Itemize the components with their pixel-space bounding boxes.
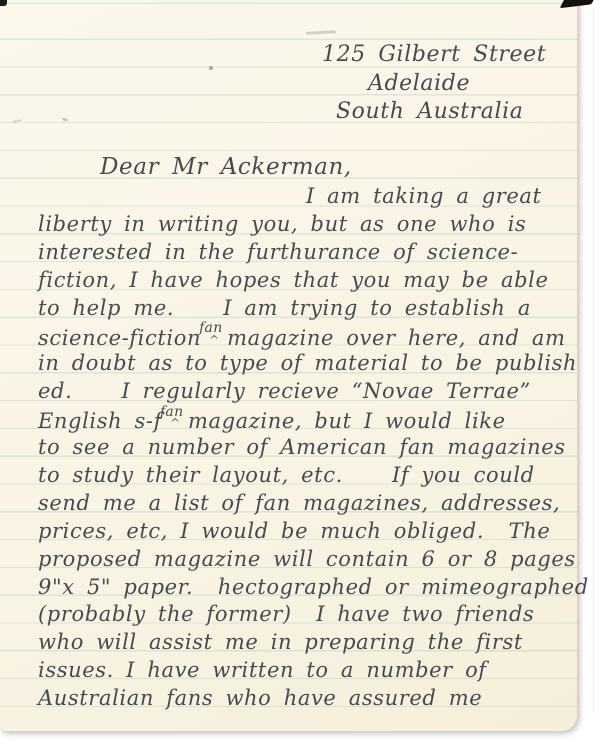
- body-line: who will assist me in preparing the firs…: [38, 630, 578, 658]
- body-line: Australian fans who have assured me: [38, 686, 578, 714]
- sender-address-line-2: Adelaide: [368, 71, 470, 96]
- body-line: interested in the furthurance of science…: [38, 240, 578, 268]
- body-line: fiction, I have hopes that you may be ab…: [38, 268, 578, 296]
- letter-body: liberty in writing you, but as one who i…: [38, 212, 578, 714]
- paper-speck: [209, 66, 213, 70]
- body-line: liberty in writing you, but as one who i…: [38, 212, 578, 240]
- scanner-streak: [593, 8, 594, 714]
- caret-mark: ^: [209, 333, 220, 347]
- inserted-word-fan: fan^: [162, 407, 188, 428]
- body-line: proposed magazine will contain 6 or 8 pa…: [38, 547, 578, 575]
- body-line: issues. I have written to a number of: [38, 658, 578, 686]
- inserted-word-fan: fan^: [201, 324, 227, 345]
- salutation: Dear Mr Ackerman,: [100, 154, 352, 180]
- body-line: to see a number of American fan magazine…: [38, 435, 578, 463]
- body-line-text: magazine, but I would like: [188, 409, 506, 433]
- body-line: (probably the former) I have two friends: [38, 602, 578, 630]
- body-line: to study their layout, etc. If you could: [38, 463, 578, 491]
- body-line-with-insert: English s-ffan^magazine, but I would lik…: [38, 407, 578, 435]
- body-line: prices, etc, I would be much obliged. Th…: [38, 519, 578, 547]
- body-line-with-insert: science-fictionfan^magazine over here, a…: [38, 324, 578, 352]
- body-line-text: magazine over here, and am: [227, 326, 565, 350]
- body-opening-line: I am taking a great: [306, 184, 542, 208]
- body-line: ed. I regularly recieve “Novae Terrae”: [38, 379, 578, 407]
- body-line-text: science-fiction: [38, 326, 201, 350]
- scan-artifact-top-right: [560, 0, 597, 8]
- scan-artifact-top-left: [0, 0, 7, 6]
- body-line-text: English s-f: [38, 409, 162, 433]
- caret-mark: ^: [170, 416, 181, 430]
- body-line: 9"x 5" paper. hectographed or mimeograph…: [38, 575, 578, 603]
- sender-address-line-1: 125 Gilbert Street: [322, 42, 546, 67]
- body-line: to help me. I am trying to establish a: [38, 296, 578, 324]
- body-line: send me a list of fan magazines, address…: [38, 491, 578, 519]
- body-line: in doubt as to type of material to be pu…: [38, 351, 578, 379]
- sender-address-line-3: South Australia: [336, 99, 524, 124]
